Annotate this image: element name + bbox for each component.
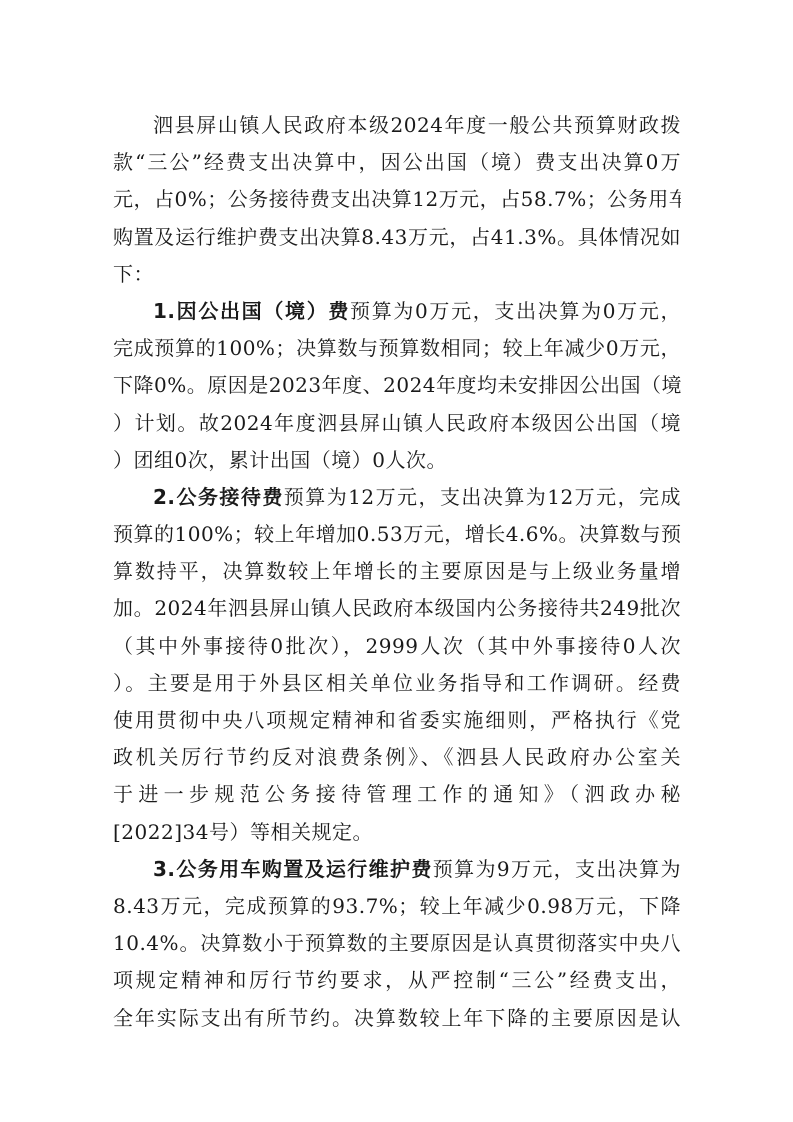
text-line: [2022]34号）等相关规定。 (113, 814, 681, 851)
text-line: 10.4%。决算数小于预算数的主要原因是认真贯彻落实中央八 (113, 925, 681, 962)
text-line: 算数持平，决算数较上年增长的主要原因是与上级业务量增 (113, 553, 681, 590)
text-line: 全年实际支出有所节约。决算数较上年下降的主要原因是认 (113, 1000, 681, 1037)
section-heading: 2.公务接待费 (153, 485, 284, 509)
text-line: 泗县屏山镇人民政府本级2024年度一般公共预算财政拨 (113, 107, 681, 144)
text-line: 8.43万元，完成预算的93.7%；较上年减少0.98万元，下降 (113, 888, 681, 925)
section-heading: 3.公务用车购置及运行维护费 (153, 857, 433, 881)
text-line: 预算的100%；较上年增加0.53万元，增长4.6%。决算数与预 (113, 516, 681, 553)
text-line: ）团组0次，累计出国（境）0人次。 (113, 442, 681, 479)
section-official-vehicles: 3.公务用车购置及运行维护费预算为9万元，支出决算为 8.43万元，完成预算的9… (113, 851, 681, 1037)
text-line: 款“三公”经费支出决算中，因公出国（境）费支出决算0万 (113, 144, 681, 181)
section-official-reception: 2.公务接待费预算为12万元，支出决算为12万元，完成 预算的100%；较上年增… (113, 479, 681, 851)
section-first-line: 2.公务接待费预算为12万元，支出决算为12万元，完成 (113, 479, 681, 516)
text-line: 于进一步规范公务接待管理工作的通知》（泗政办秘 (113, 776, 681, 813)
text-line: 下： (113, 256, 681, 293)
text-line: 使用贯彻中央八项规定精神和省委实施细则，严格执行《党 (113, 702, 681, 739)
section-first-line: 3.公务用车购置及运行维护费预算为9万元，支出决算为 (113, 851, 681, 888)
text-line: 项规定精神和厉行节约要求，从严控制“三公”经费支出， (113, 962, 681, 999)
text-line: 加。2024年泗县屏山镇人民政府本级国内公务接待共249批次 (113, 590, 681, 627)
text-line: 元，占0%；公务接待费支出决算12万元，占58.7%；公务用车 (113, 181, 681, 218)
section-text: 预算为0万元，支出决算为0万元， (350, 299, 681, 323)
text-line: 完成预算的100%；决算数与预算数相同；较上年减少0万元， (113, 330, 681, 367)
text-line: ）计划。故2024年度泗县屏山镇人民政府本级因公出国（境 (113, 405, 681, 442)
text-line: 政机关厉行节约反对浪费条例》、《泗县人民政府办公室关 (113, 739, 681, 776)
intro-paragraph: 泗县屏山镇人民政府本级2024年度一般公共预算财政拨 款“三公”经费支出决算中，… (113, 107, 681, 293)
section-overseas-travel: 1.因公出国（境）费预算为0万元，支出决算为0万元， 完成预算的100%；决算数… (113, 293, 681, 479)
document-page: 泗县屏山镇人民政府本级2024年度一般公共预算财政拨 款“三公”经费支出决算中，… (113, 107, 681, 1037)
text-line: 下降0%。原因是2023年度、2024年度均未安排因公出国（境 (113, 367, 681, 404)
text-line: （其中外事接待0批次），2999人次（其中外事接待0人次 (113, 628, 681, 665)
section-text: 预算为9万元，支出决算为 (433, 857, 681, 881)
section-first-line: 1.因公出国（境）费预算为0万元，支出决算为0万元， (113, 293, 681, 330)
section-heading: 1.因公出国（境）费 (153, 299, 350, 323)
text-line: ）。主要是用于外县区相关单位业务指导和工作调研。经费 (113, 665, 681, 702)
text-line: 购置及运行维护费支出决算8.43万元，占41.3%。具体情况如 (113, 219, 681, 256)
section-text: 预算为12万元，支出决算为12万元，完成 (284, 485, 681, 509)
